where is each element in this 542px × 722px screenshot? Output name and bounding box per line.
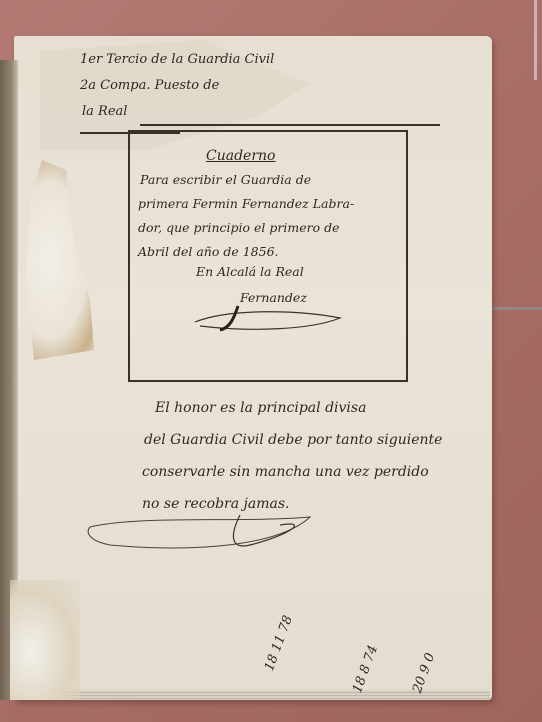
floor-tile-grout — [534, 0, 537, 80]
header-line: 2a Compa. Puesto de — [80, 78, 219, 93]
floor-tile-grout — [490, 307, 542, 310]
header-line: la Real — [82, 104, 127, 119]
notebook-title: Cuaderno — [206, 148, 275, 164]
calc-value: 9 — [417, 663, 434, 676]
calc-value: 8 — [357, 663, 374, 676]
motto-line: El honor es la principal divisa — [155, 400, 366, 416]
motto-line: conservarle sin mancha una vez perdido — [142, 464, 429, 480]
place-line: En Alcalá la Real — [196, 264, 304, 279]
divider-rule — [140, 124, 440, 126]
paper-damage — [10, 580, 80, 700]
header-line: 1er Tercio de la Guardia Civil — [80, 52, 274, 67]
title-line: primera Fermin Fernandez Labra- — [138, 196, 354, 211]
motto-line: del Guardia Civil debe por tanto siguien… — [144, 432, 442, 448]
title-line: Para escribir el Guardia de — [140, 172, 311, 187]
title-line: Abril del año de 1856. — [138, 244, 279, 259]
closing-flourish-icon — [80, 505, 320, 565]
signature-flourish-icon — [190, 300, 350, 340]
title-line: dor, que principio el primero de — [138, 220, 340, 235]
